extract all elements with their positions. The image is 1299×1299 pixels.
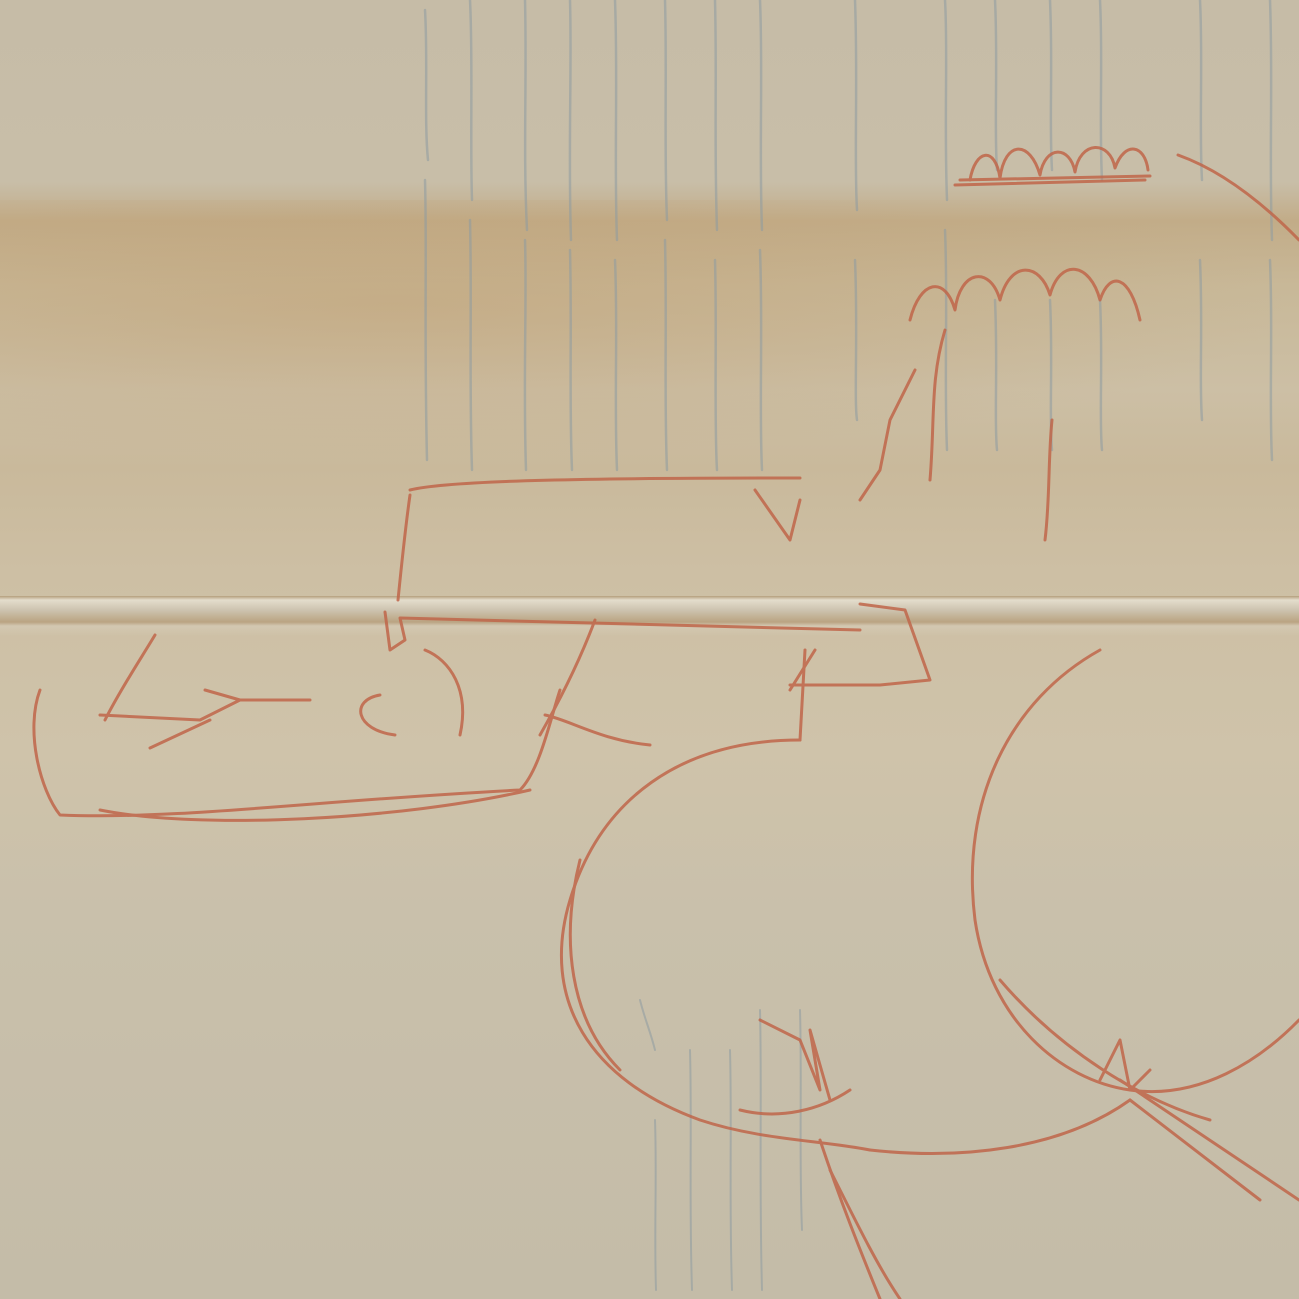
right-circle — [972, 650, 1299, 1092]
manuscript-sheet — [0, 0, 1299, 1299]
left-shape — [105, 635, 155, 720]
red-chalk-drawing — [0, 0, 1299, 1299]
crenellation-lower — [910, 269, 1140, 320]
left-circle — [561, 740, 870, 1150]
